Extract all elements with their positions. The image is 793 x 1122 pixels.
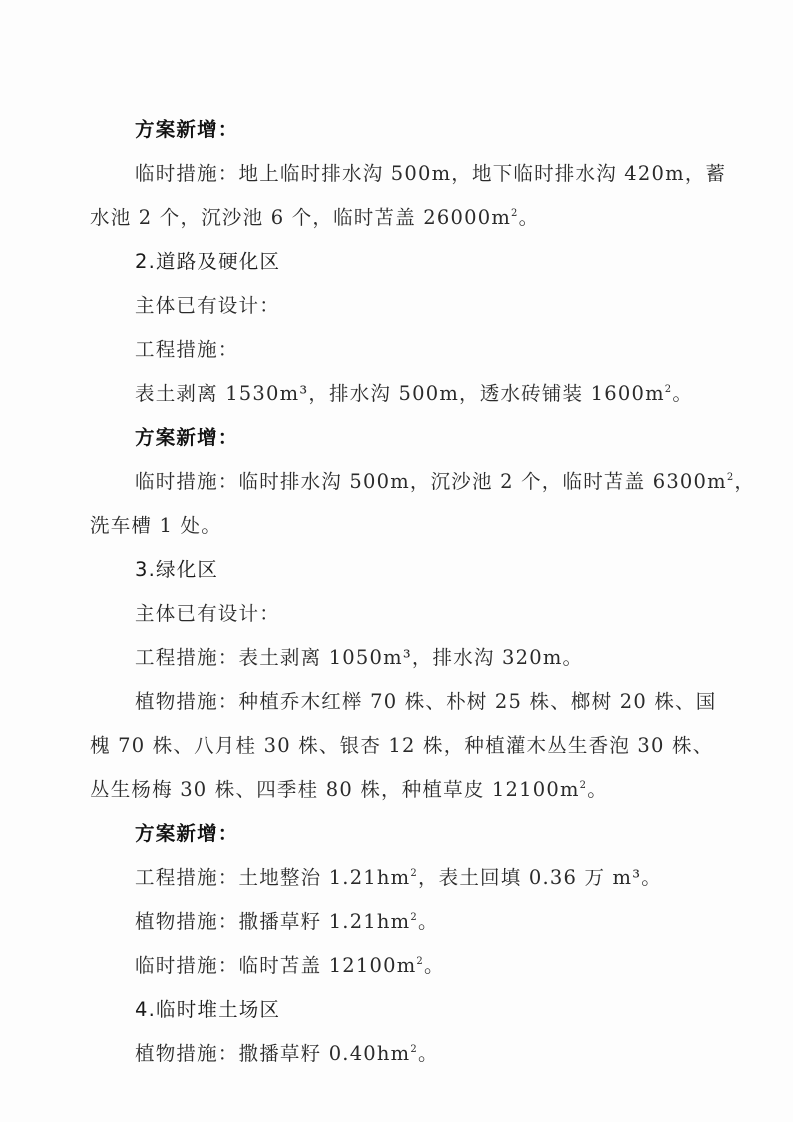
line-text: 主体已有设计：	[135, 602, 280, 625]
section-heading-greening: 3.绿化区	[135, 556, 218, 584]
paragraph-line: 植物措施：撒播草籽 1.21hm2。	[135, 908, 439, 936]
line-text: 工程措施：土地整治 1.21hm	[135, 866, 410, 889]
paragraph-line: 主体已有设计：	[135, 292, 280, 320]
line-text: 2.道路及硬化区	[135, 250, 280, 273]
line-tail: ，表土回填 0.36 万 m³。	[418, 866, 662, 889]
line-text: 洗车槽 1 处。	[90, 514, 222, 537]
line-tail: 。	[519, 206, 540, 229]
paragraph-line: 植物措施：撒播草籽 0.40hm2。	[135, 1040, 439, 1068]
paragraph-line: 临时措施：地上临时排水沟 500m，地下临时排水沟 420m，蓄	[135, 160, 726, 188]
line-text: 主体已有设计：	[135, 294, 280, 317]
paragraph-line: 槐 70 株、八月桂 30 株、银杏 12 株，种植灌木丛生香泡 30 株、	[90, 732, 713, 760]
section-heading-roads: 2.道路及硬化区	[135, 248, 280, 276]
line-text: 水池 2 个，沉沙池 6 个，临时苫盖 26000m	[90, 206, 511, 229]
paragraph-line: 主体已有设计：	[135, 600, 280, 628]
line-text: 工程措施：	[135, 338, 239, 361]
superscript: 2	[410, 1044, 418, 1055]
line-tail: 。	[424, 954, 445, 977]
line-text: 植物措施：撒播草籽 1.21hm	[135, 910, 410, 933]
line-text: 4.临时堆土场区	[135, 998, 280, 1021]
line-tail: 。	[587, 778, 608, 801]
section-label-new-plan: 方案新增：	[135, 424, 239, 452]
paragraph-line: 临时措施：临时苫盖 12100m2。	[135, 952, 445, 980]
paragraph-line: 工程措施：表土剥离 1050m³，排水沟 320m。	[135, 644, 583, 672]
line-text: 临时措施：临时排水沟 500m，沉沙池 2 个，临时苫盖 6300m	[135, 470, 727, 493]
paragraph-line: 工程措施：	[135, 336, 239, 364]
line-text: 植物措施：撒播草籽 0.40hm	[135, 1042, 410, 1065]
superscript: 2	[511, 208, 519, 219]
section-heading-temp-soil-yard: 4.临时堆土场区	[135, 996, 280, 1024]
line-text: 3.绿化区	[135, 558, 218, 581]
line-text: 临时措施：地上临时排水沟 500m，地下临时排水沟 420m，蓄	[135, 162, 726, 185]
line-text: 表土剥离 1530m³，排水沟 500m，透水砖铺装 1600m	[135, 382, 665, 405]
paragraph-line: 水池 2 个，沉沙池 6 个，临时苫盖 26000m2。	[90, 204, 539, 232]
line-tail: ，	[734, 470, 755, 493]
line-text: 槐 70 株、八月桂 30 株、银杏 12 株，种植灌木丛生香泡 30 株、	[90, 734, 713, 757]
document-page: 方案新增： 临时措施：地上临时排水沟 500m，地下临时排水沟 420m，蓄 水…	[0, 0, 793, 1122]
paragraph-line: 洗车槽 1 处。	[90, 512, 222, 540]
paragraph-line: 丛生杨梅 30 株、四季桂 80 株，种植草皮 12100m2。	[90, 776, 608, 804]
superscript: 2	[410, 868, 418, 879]
line-text: 方案新增：	[135, 426, 239, 449]
line-text: 植物措施：种植乔木红榉 70 株、朴树 25 株、榔树 20 株、国	[135, 690, 716, 713]
section-label-new-plan: 方案新增：	[135, 820, 239, 848]
paragraph-line: 临时措施：临时排水沟 500m，沉沙池 2 个，临时苫盖 6300m2，	[135, 468, 755, 496]
line-text: 临时措施：临时苫盖 12100m	[135, 954, 416, 977]
paragraph-line: 工程措施：土地整治 1.21hm2，表土回填 0.36 万 m³。	[135, 864, 662, 892]
line-text: 方案新增：	[135, 822, 239, 845]
paragraph-line: 植物措施：种植乔木红榉 70 株、朴树 25 株、榔树 20 株、国	[135, 688, 716, 716]
line-tail: 。	[418, 910, 439, 933]
section-label-new-plan: 方案新增：	[135, 116, 239, 144]
line-text: 方案新增：	[135, 118, 239, 141]
line-tail: 。	[418, 1042, 439, 1065]
line-tail: 。	[672, 382, 693, 405]
paragraph-line: 表土剥离 1530m³，排水沟 500m，透水砖铺装 1600m2。	[135, 380, 693, 408]
superscript: 2	[416, 956, 424, 967]
superscript: 2	[410, 912, 418, 923]
line-text: 丛生杨梅 30 株、四季桂 80 株，种植草皮 12100m	[90, 778, 580, 801]
line-text: 工程措施：表土剥离 1050m³，排水沟 320m。	[135, 646, 583, 669]
